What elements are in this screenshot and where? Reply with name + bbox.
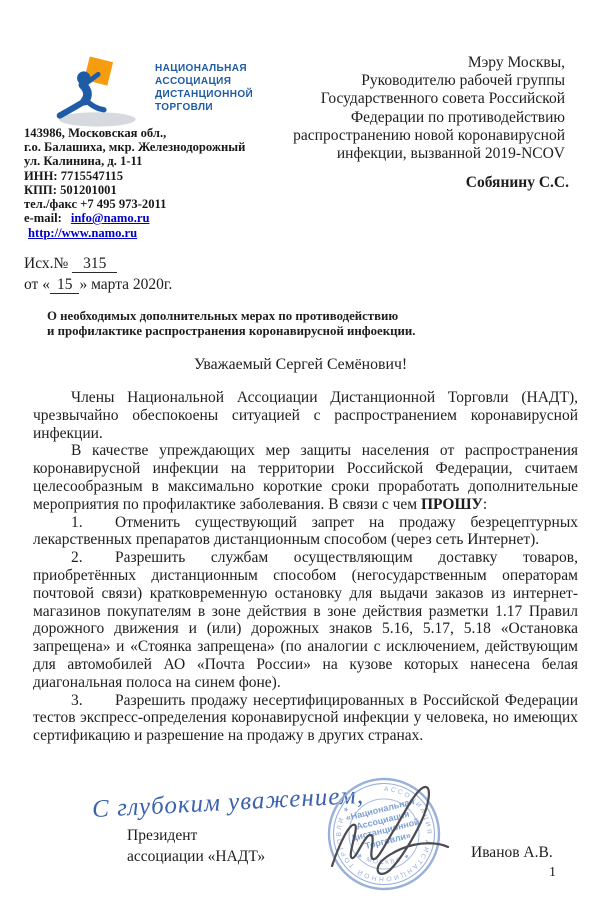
email-label: e-mail: bbox=[24, 211, 62, 225]
list-item-2-number: 2. bbox=[71, 549, 115, 567]
ref-number-label: Исх.№ bbox=[24, 255, 68, 272]
ref-date-line: от «15» марта 2020г. bbox=[24, 274, 172, 295]
page-number: 1 bbox=[549, 865, 556, 881]
list-item-1: 1.Отменить существующий запрет на продаж… bbox=[33, 514, 578, 550]
email-link[interactable]: info@namo.ru bbox=[71, 211, 150, 225]
paragraph-2-text: В качестве упреждающих мер защиты населе… bbox=[33, 442, 578, 512]
paragraph-2-tail: : bbox=[483, 496, 487, 513]
ref-number-line: Исх.№ 315 bbox=[24, 253, 172, 274]
signer-name: Иванов А.В. bbox=[471, 844, 553, 862]
letter-page: НАЦИОНАЛЬНАЯ АССОЦИАЦИЯ ДИСТАНЦИОННОЙ ТО… bbox=[0, 0, 609, 906]
paragraph-2-bold: ПРОШУ bbox=[421, 496, 483, 513]
list-item-1-text: Отменить существующий запрет на продажу … bbox=[33, 514, 578, 549]
org-logo-block: НАЦИОНАЛЬНАЯ АССОЦИАЦИЯ ДИСТАНЦИОННОЙ ТО… bbox=[55, 52, 253, 134]
org-contact-links: e-mail: info@namo.ru http://www.namo.ru bbox=[24, 211, 149, 240]
website-link[interactable]: http://www.namo.ru bbox=[24, 226, 149, 240]
ref-block: Исх.№ 315 от «15» марта 2020г. bbox=[24, 253, 172, 295]
ref-date-prefix: от « bbox=[24, 276, 50, 293]
list-item-3-number: 3. bbox=[71, 692, 115, 710]
recipient-block: Мэру Москвы, Руководителю рабочей группы… bbox=[293, 54, 565, 163]
ref-date-suffix: » марта 2020г. bbox=[79, 276, 172, 293]
ref-date-day: 15 bbox=[50, 276, 80, 294]
org-address: 143986, Московская обл., г.о. Балашиха, … bbox=[24, 126, 245, 211]
recipient-name: Собянину С.С. bbox=[466, 174, 569, 192]
org-logo-icon bbox=[55, 52, 151, 134]
list-item-2-text: Разрешить службам осуществляющим доставк… bbox=[33, 549, 578, 691]
salutation: Уважаемый Сергей Семёнович! bbox=[194, 356, 407, 374]
list-item-2: 2.Разрешить службам осуществляющим доста… bbox=[33, 549, 578, 691]
ref-number-value: 315 bbox=[72, 255, 117, 273]
paragraph-1: Члены Национальной Ассоциации Дистанцион… bbox=[33, 389, 578, 442]
signer-title: Президент ассоциации «НАДТ» bbox=[127, 825, 265, 867]
signature-scribble bbox=[320, 780, 485, 882]
paragraph-2: В качестве упреждающих мер защиты населе… bbox=[33, 442, 578, 513]
letter-body: Члены Национальной Ассоциации Дистанцион… bbox=[33, 389, 578, 745]
list-item-3: 3.Разрешить продажу несертифицированных … bbox=[33, 692, 578, 745]
list-item-1-number: 1. bbox=[71, 514, 115, 532]
org-name: НАЦИОНАЛЬНАЯ АССОЦИАЦИЯ ДИСТАНЦИОННОЙ ТО… bbox=[155, 62, 253, 114]
list-item-3-text: Разрешить продажу несертифицированных в … bbox=[33, 692, 578, 745]
subject-line: О необходимых дополнительных мерах по пр… bbox=[47, 309, 415, 339]
